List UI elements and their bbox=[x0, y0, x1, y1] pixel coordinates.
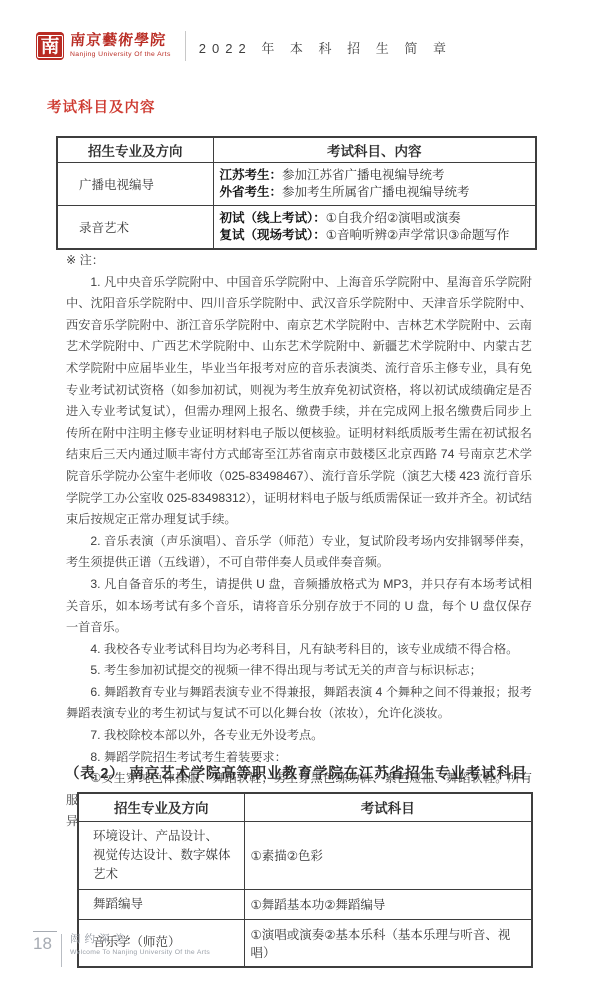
note-item: 2. 音乐表演（声乐演唱）、音乐学（师范）专业，复试阶段考场内安排钢琴伴奏，考生… bbox=[66, 531, 532, 574]
table-header-row: 招生专业及方向 考试科目、内容 bbox=[57, 137, 536, 162]
page-footer: 18 闳约深美 Welcome To Nanjing University Of… bbox=[33, 931, 210, 967]
column-header-subjects: 考试科目、内容 bbox=[213, 137, 536, 162]
major-cell: 广播电视编导 bbox=[57, 162, 213, 205]
column-header-subjects: 考试科目 bbox=[244, 793, 532, 821]
subject-line-text: 参加江苏省广播电视编导统考 bbox=[282, 168, 445, 182]
subjects-cell: ①素描②色彩 bbox=[244, 821, 532, 889]
brochure-page: 南 南京藝術學院 Nanjing University Of the Arts … bbox=[0, 0, 597, 1005]
subject-line-text: ①音响听辨②声学常识③命题写作 bbox=[326, 228, 510, 242]
subject-line-text: ①自我介绍②演唱或演奏 bbox=[326, 211, 461, 225]
table-row: 舞蹈编导 ①舞蹈基本功②舞蹈编导 bbox=[78, 889, 532, 919]
page-header: 南 南京藝術學院 Nanjing University Of the Arts … bbox=[36, 31, 452, 61]
section-title: 考试科目及内容 bbox=[47, 96, 156, 117]
note-item: 6. 舞蹈教育专业与舞蹈表演专业不得兼报，舞蹈表演 4 个舞种之间不得兼报；报考… bbox=[66, 682, 532, 725]
notes-title: ※ 注： bbox=[66, 250, 532, 272]
university-motto: 闳约深美 bbox=[70, 934, 210, 946]
seal-glyph: 南 bbox=[37, 35, 62, 58]
major-cell: 录音艺术 bbox=[57, 205, 213, 249]
note-item: 7. 我校除校本部以外，各专业无外设考点。 bbox=[66, 725, 532, 747]
major-cell: 环境设计、产品设计、 视觉传达设计、数字媒体艺术 bbox=[78, 821, 244, 889]
footer-text-block: 闳约深美 Welcome To Nanjing University Of th… bbox=[70, 931, 210, 958]
table2-caption: （表 2） 南京艺术学院高等职业教育学院在江苏省招生专业考试科目 bbox=[65, 762, 527, 783]
column-header-major: 招生专业及方向 bbox=[57, 137, 213, 162]
table-row: 广播电视编导 江苏考生：参加江苏省广播电视编导统考 外省考生：参加考生所属省广播… bbox=[57, 162, 536, 205]
table-row: 环境设计、产品设计、 视觉传达设计、数字媒体艺术 ①素描②色彩 bbox=[78, 821, 532, 889]
note-item: 3. 凡自备音乐的考生，请提供 U 盘，音频播放格式为 MP3，并只存有本场考试… bbox=[66, 574, 532, 639]
subject-line: 江苏考生：参加江苏省广播电视编导统考 bbox=[220, 167, 530, 184]
exam-subjects-table: 招生专业及方向 考试科目、内容 广播电视编导 江苏考生：参加江苏省广播电视编导统… bbox=[56, 136, 537, 250]
major-line: 环境设计、产品设计、 bbox=[93, 827, 240, 846]
subject-line: 初试（线上考试）：①自我介绍②演唱或演奏 bbox=[220, 210, 530, 227]
university-name-cn: 南京藝術學院 bbox=[69, 33, 171, 50]
note-item: 5. 考生参加初试提交的视频一律不得出现与考试无关的声音与标识标志； bbox=[66, 660, 532, 682]
subjects-cell: ①舞蹈基本功②舞蹈编导 bbox=[244, 889, 532, 919]
subject-line: 复试（现场考试）：①音响听辨②声学常识③命题写作 bbox=[220, 227, 530, 244]
subject-line-label: 外省考生： bbox=[220, 185, 283, 199]
note-item: 1. 凡中央音乐学院附中、中国音乐学院附中、上海音乐学院附中、星海音乐学院附中、… bbox=[66, 272, 532, 531]
subject-line-label: 江苏考生： bbox=[220, 168, 283, 182]
subjects-cell: 江苏考生：参加江苏省广播电视编导统考 外省考生：参加考生所属省广播电视编导统考 bbox=[213, 162, 536, 205]
note-item: 4. 我校各专业考试科目均为必考科目，凡有缺考科目的，该专业成绩不得合格。 bbox=[66, 639, 532, 661]
table-row: 录音艺术 初试（线上考试）：①自我介绍②演唱或演奏 复试（现场考试）：①音响听辨… bbox=[57, 205, 536, 249]
document-title: 2022 年 本 科 招 生 简 章 bbox=[199, 36, 452, 57]
table-header-row: 招生专业及方向 考试科目 bbox=[78, 793, 532, 821]
column-header-major: 招生专业及方向 bbox=[78, 793, 244, 821]
header-divider bbox=[185, 31, 186, 61]
subjects-cell: 初试（线上考试）：①自我介绍②演唱或演奏 复试（现场考试）：①音响听辨②声学常识… bbox=[213, 205, 536, 249]
major-line: 视觉传达设计、数字媒体艺术 bbox=[93, 846, 240, 884]
footer-welcome-text: Welcome To Nanjing University Of the Art… bbox=[70, 948, 210, 958]
university-name-en: Nanjing University Of the Arts bbox=[70, 50, 171, 59]
subject-line: 外省考生：参加考生所属省广播电视编导统考 bbox=[220, 184, 530, 201]
university-name-block: 南京藝術學院 Nanjing University Of the Arts bbox=[70, 33, 171, 59]
subject-line-label: 复试（现场考试）： bbox=[220, 228, 326, 242]
subject-line-text: 参加考生所属省广播电视编导统考 bbox=[282, 185, 470, 199]
major-cell: 舞蹈编导 bbox=[78, 889, 244, 919]
subjects-cell: ①演唱或演奏②基本乐科（基本乐理与听音、视唱） bbox=[244, 919, 532, 967]
subject-line-label: 初试（线上考试）： bbox=[220, 211, 326, 225]
footer-divider bbox=[61, 934, 62, 967]
university-seal-icon: 南 bbox=[36, 32, 64, 60]
page-number: 18 bbox=[33, 931, 57, 953]
